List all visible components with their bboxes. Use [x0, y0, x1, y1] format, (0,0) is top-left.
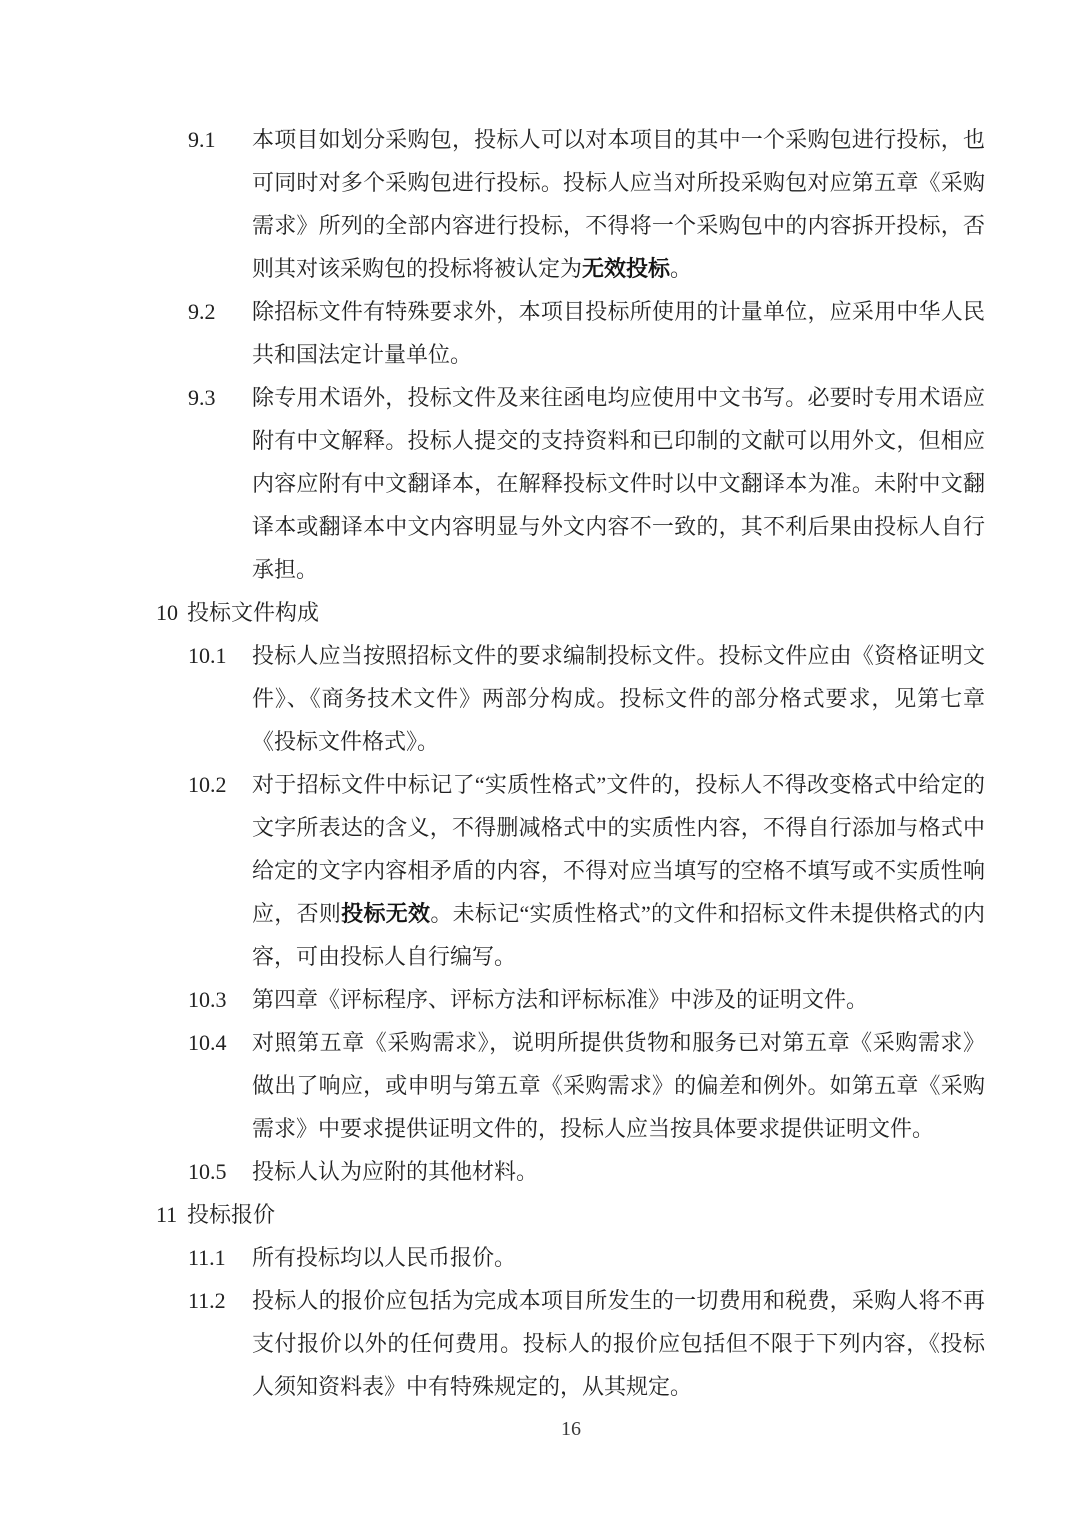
- section-title: 投标报价: [187, 1202, 275, 1227]
- section-number: 10.5: [188, 1150, 227, 1193]
- section-item-10-5: 10.5 投标人认为应附的其他材料。: [252, 1150, 985, 1193]
- section-text: 所有投标均以人民币报价。: [252, 1245, 516, 1270]
- section-heading-10: 10 投标文件构成: [187, 591, 985, 634]
- section-text-bold: 无效投标: [582, 256, 670, 281]
- document-page: 9.1 本项目如划分采购包，投标人可以对本项目的其中一个采购包进行投标，也可同时…: [0, 0, 1080, 1527]
- section-number: 9.1: [188, 118, 216, 161]
- section-number: 9.3: [188, 376, 216, 419]
- section-item-9-3: 9.3 除专用术语外，投标文件及来往函电均应使用中文书写。必要时专用术语应附有中…: [252, 376, 985, 591]
- section-text: 投标人认为应附的其他材料。: [252, 1159, 538, 1184]
- section-text: 投标人应当按照招标文件的要求编制投标文件。投标文件应由《资格证明文件》、《商务技…: [252, 643, 985, 754]
- section-item-10-2: 10.2 对于招标文件中标记了“实质性格式”文件的，投标人不得改变格式中给定的文…: [252, 763, 985, 978]
- section-number: 10.4: [188, 1021, 227, 1064]
- section-number: 10.1: [188, 634, 227, 677]
- section-number: 10.2: [188, 763, 227, 806]
- document-content: 9.1 本项目如划分采购包，投标人可以对本项目的其中一个采购包进行投标，也可同时…: [0, 0, 1080, 1408]
- section-item-11-1: 11.1 所有投标均以人民币报价。: [252, 1236, 985, 1279]
- section-text: 。: [670, 256, 692, 281]
- section-number: 9.2: [188, 290, 216, 333]
- section-item-9-1: 9.1 本项目如划分采购包，投标人可以对本项目的其中一个采购包进行投标，也可同时…: [252, 118, 985, 290]
- section-text: 投标人的报价应包括为完成本项目所发生的一切费用和税费，采购人将不再支付报价以外的…: [252, 1288, 985, 1399]
- section-item-10-1: 10.1 投标人应当按照招标文件的要求编制投标文件。投标文件应由《资格证明文件》…: [252, 634, 985, 763]
- section-number: 11: [156, 1193, 177, 1236]
- section-text: 除专用术语外，投标文件及来往函电均应使用中文书写。必要时专用术语应附有中文解释。…: [252, 385, 985, 582]
- section-heading-11: 11 投标报价: [187, 1193, 985, 1236]
- section-text-bold: 投标无效: [341, 901, 430, 926]
- section-text: 第四章《评标程序、评标方法和评标标准》中涉及的证明文件。: [252, 987, 868, 1012]
- section-item-10-3: 10.3 第四章《评标程序、评标方法和评标标准》中涉及的证明文件。: [252, 978, 985, 1021]
- section-number: 11.1: [188, 1236, 226, 1279]
- section-item-9-2: 9.2 除招标文件有特殊要求外，本项目投标所使用的计量单位，应采用中华人民共和国…: [252, 290, 985, 376]
- section-title: 投标文件构成: [187, 600, 319, 625]
- section-number: 10.3: [188, 978, 227, 1021]
- section-text: 对照第五章《采购需求》，说明所提供货物和服务已对第五章《采购需求》做出了响应，或…: [252, 1030, 985, 1141]
- section-item-11-2: 11.2 投标人的报价应包括为完成本项目所发生的一切费用和税费，采购人将不再支付…: [252, 1279, 985, 1408]
- page-number: 16: [157, 1416, 985, 1442]
- section-number: 10: [156, 591, 178, 634]
- section-number: 11.2: [188, 1279, 226, 1322]
- section-item-10-4: 10.4 对照第五章《采购需求》，说明所提供货物和服务已对第五章《采购需求》做出…: [252, 1021, 985, 1150]
- section-text: 除招标文件有特殊要求外，本项目投标所使用的计量单位，应采用中华人民共和国法定计量…: [252, 299, 985, 367]
